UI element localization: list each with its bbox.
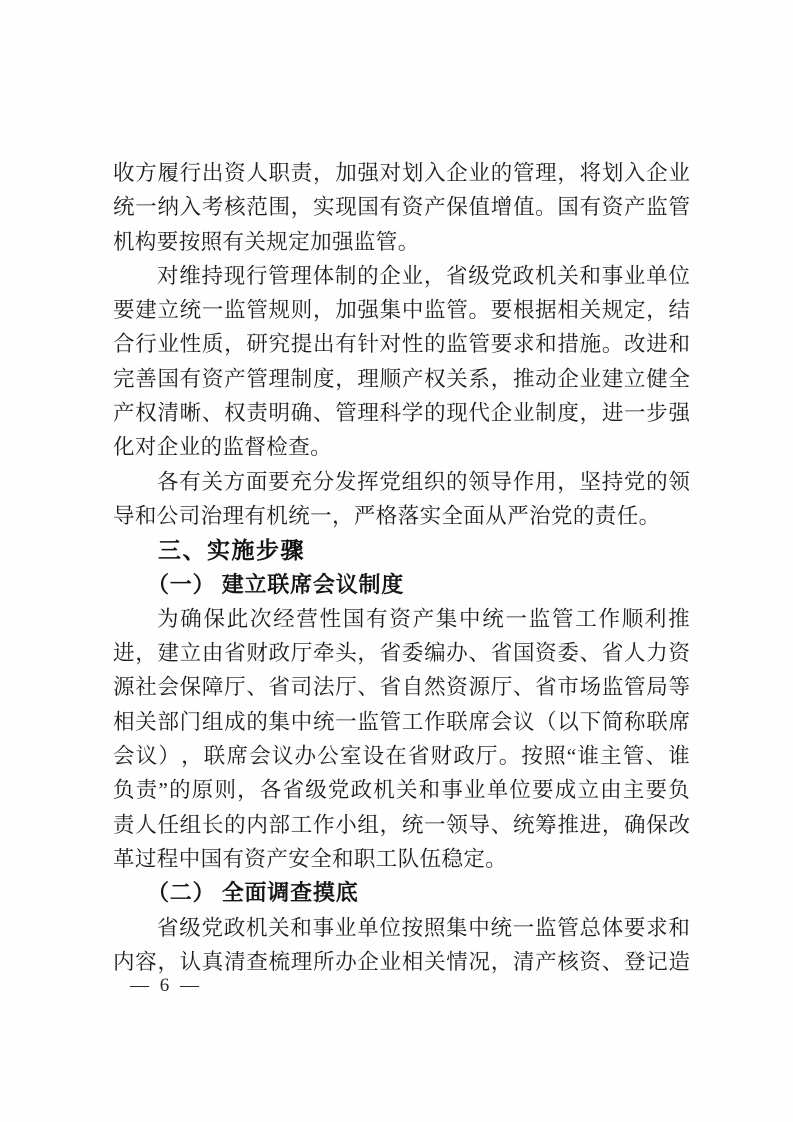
subsection-heading: （一） 建立联席会议制度 <box>113 568 690 602</box>
text-block: 收方履行出资人职责，加强对划入企业的管理，将划入企业 统一纳入考核范围，实现国有… <box>113 156 690 979</box>
body-line: 机构要按照有关规定加强监管。 <box>113 225 690 259</box>
body-line: 负责”的原则，各省级党政机关和事业单位要成立由主要负 <box>113 773 690 807</box>
body-line: 统一纳入考核范围，实现国有资产保值增值。国有资产监管 <box>113 190 690 224</box>
body-line: 相关部门组成的集中统一监管工作联席会议（以下简称联席 <box>113 705 690 739</box>
section-heading: 三、实施步骤 <box>113 533 690 567</box>
body-line: 化对企业的监督检查。 <box>113 430 690 464</box>
body-line: 合行业性质，研究提出有针对性的监管要求和措施。改进和 <box>113 327 690 361</box>
body-line: 进，建立由省财政厅牵头，省委编办、省国资委、省人力资 <box>113 636 690 670</box>
body-line: 革过程中国有资产安全和职工队伍稳定。 <box>113 842 690 876</box>
body-line: 为确保此次经营性国有资产集中统一监管工作顺利推 <box>113 602 690 636</box>
body-line: 源社会保障厅、省司法厅、省自然资源厅、省市场监管局等 <box>113 670 690 704</box>
body-line: 完善国有资产管理制度，理顺产权关系，推动企业建立健全 <box>113 362 690 396</box>
body-line: 各有关方面要充分发挥党组织的领导作用，坚持党的领 <box>113 465 690 499</box>
body-line: 责人任组长的内部工作小组，统一领导、统筹推进，确保改 <box>113 808 690 842</box>
body-line: 收方履行出资人职责，加强对划入企业的管理，将划入企业 <box>113 156 690 190</box>
body-line: 产权清晰、权责明确、管理科学的现代企业制度，进一步强 <box>113 396 690 430</box>
body-line: 省级党政机关和事业单位按照集中统一监管总体要求和 <box>113 911 690 945</box>
body-line: 会议），联席会议办公室设在省财政厅。按照“谁主管、谁 <box>113 739 690 773</box>
body-line: 导和公司治理有机统一，严格落实全面从严治党的责任。 <box>113 499 690 533</box>
body-line: 内容，认真清查梳理所办企业相关情况，清产核资、登记造 <box>113 945 690 979</box>
page-number: — 6 — <box>130 975 202 997</box>
body-line: 对维持现行管理体制的企业，省级党政机关和事业单位 <box>113 259 690 293</box>
subsection-heading: （二） 全面调查摸底 <box>113 876 690 910</box>
body-line: 要建立统一监管规则，加强集中监管。要根据相关规定，结 <box>113 293 690 327</box>
document-page: 收方履行出资人职责，加强对划入企业的管理，将划入企业 统一纳入考核范围，实现国有… <box>0 0 793 1122</box>
